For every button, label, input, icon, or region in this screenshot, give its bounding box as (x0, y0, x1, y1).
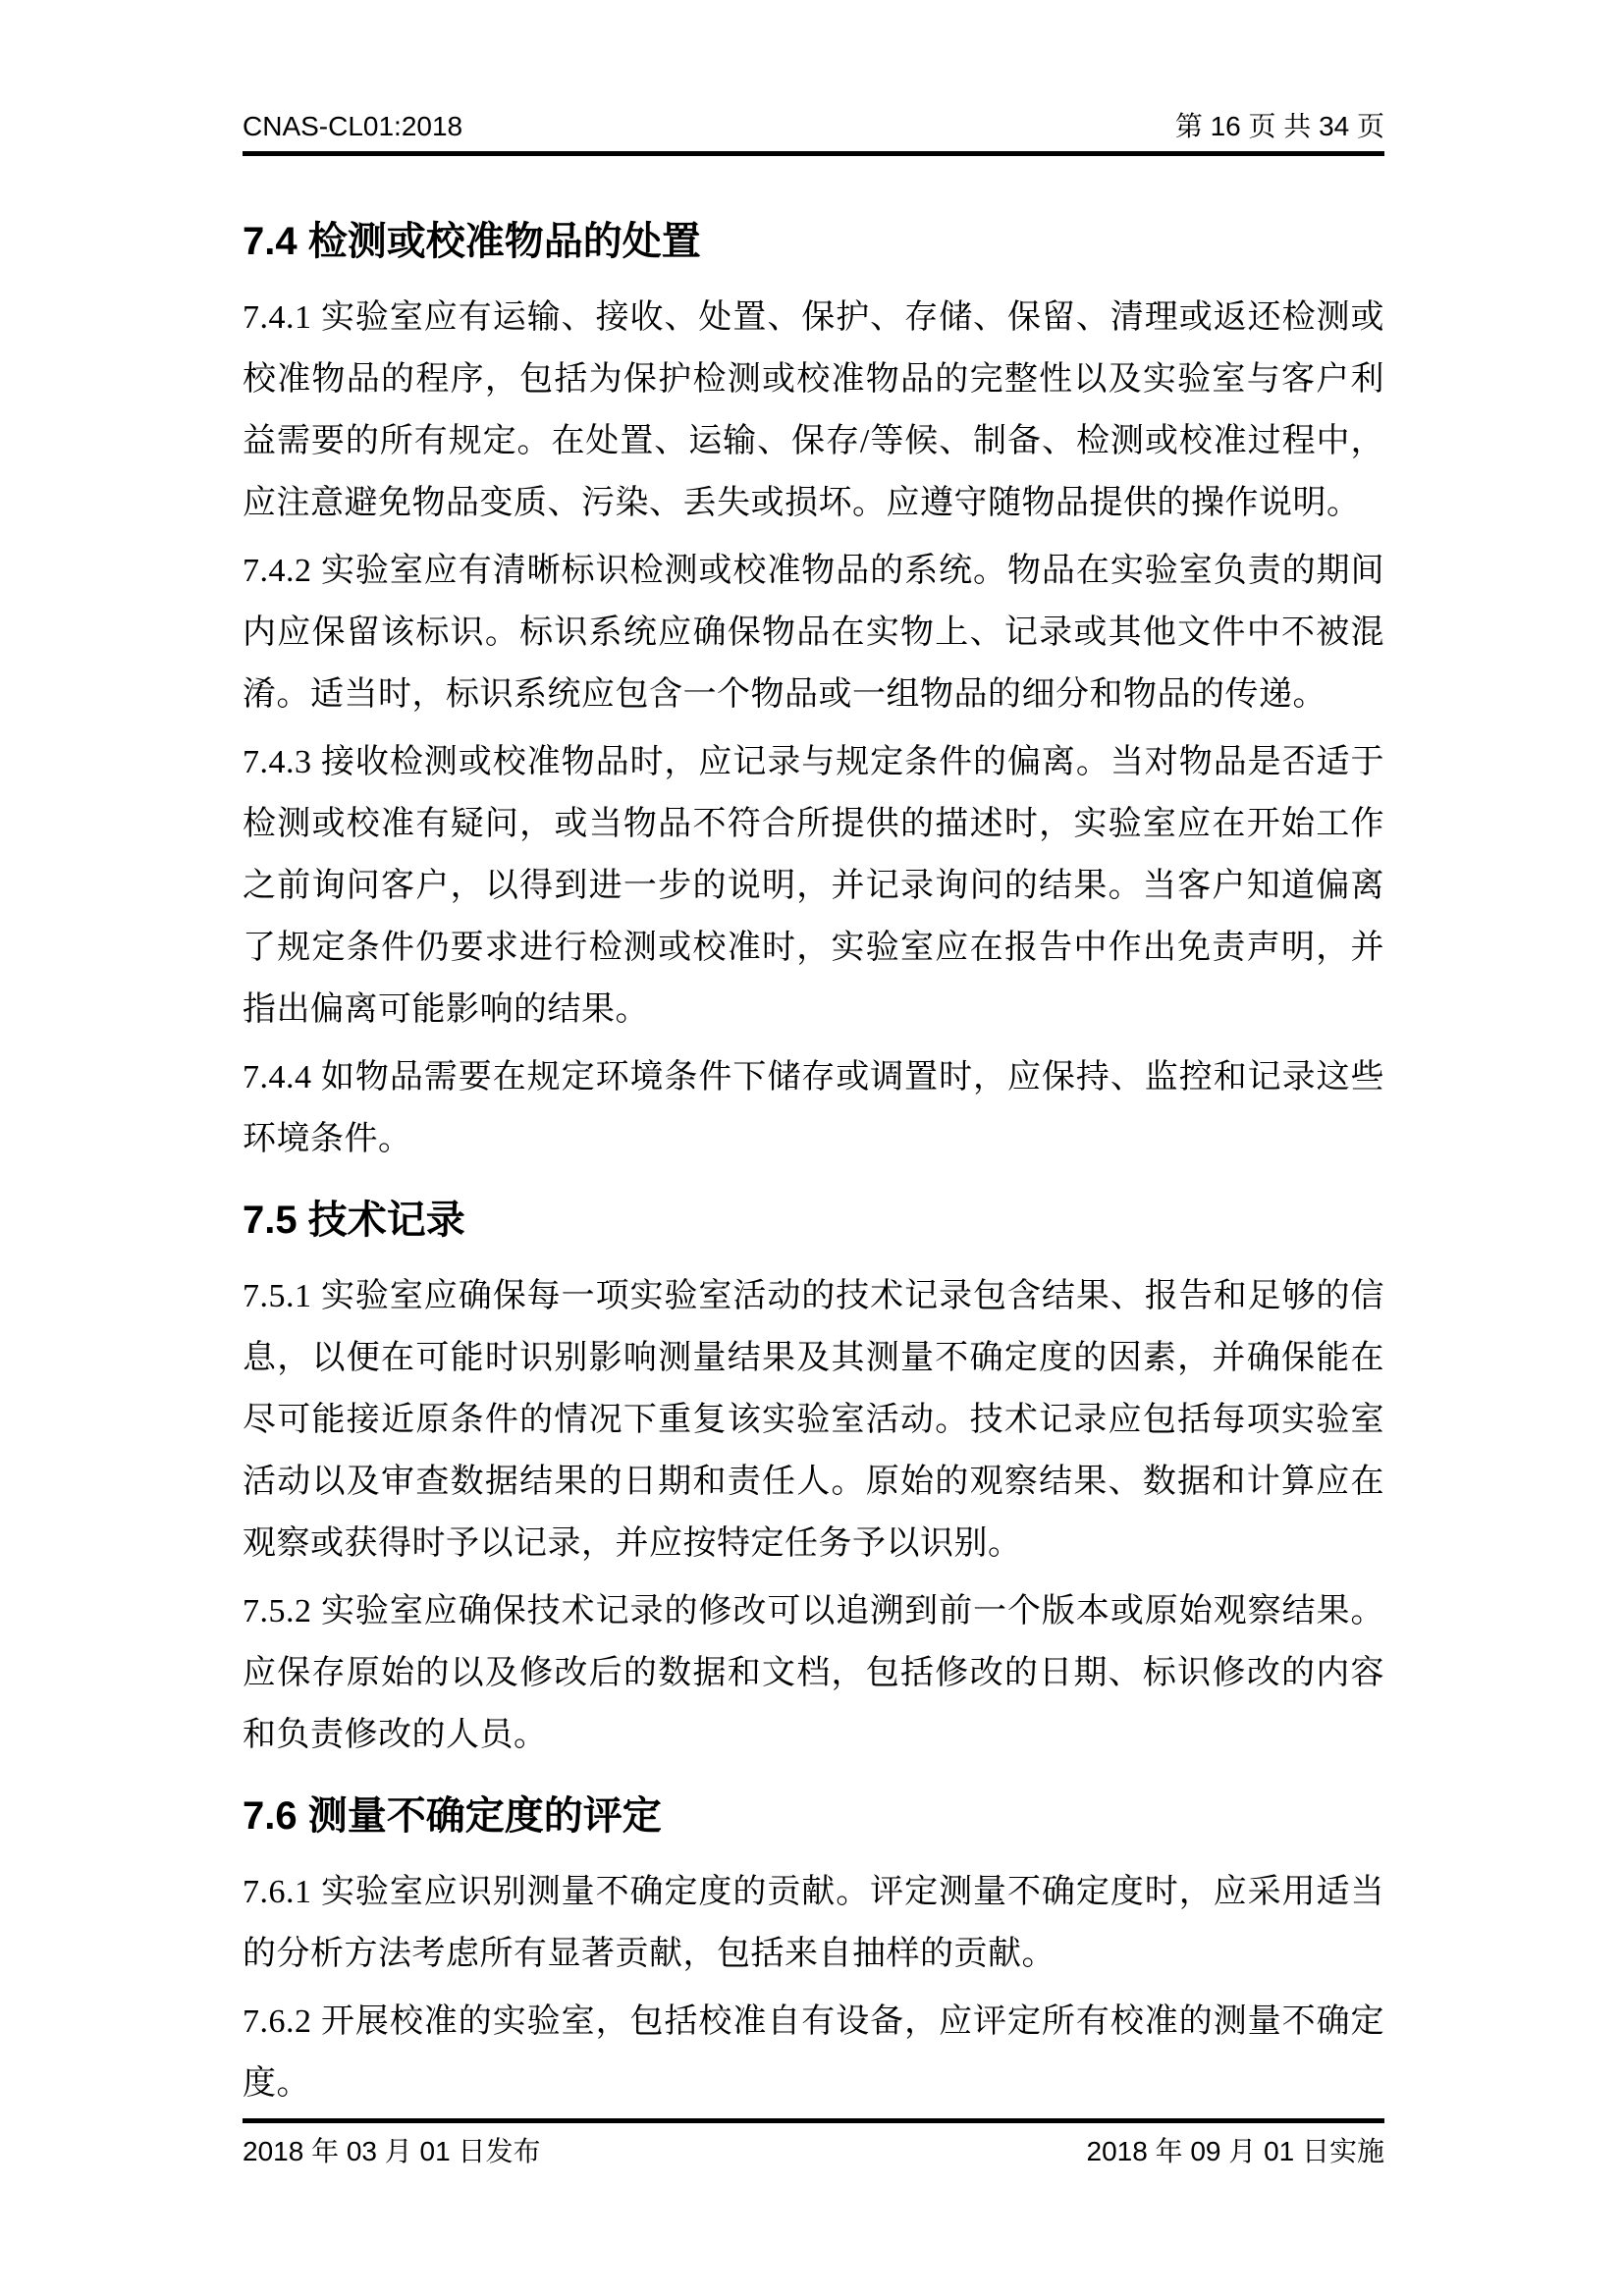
paragraph-7-5-2: 7.5.2 实验室应确保技术记录的修改可以追溯到前一个版本或原始观察结果。应保存… (243, 1580, 1384, 1766)
document-body: 7.4 检测或校准物品的处置 7.4.1 实验室应有运输、接收、处置、保护、存储… (243, 217, 1384, 2114)
section-heading-7-6: 7.6 测量不确定度的评定 (243, 1791, 1384, 1841)
section-heading-7-5: 7.5 技术记录 (243, 1196, 1384, 1245)
page-footer: 2018 年 03 月 01 日发布 2018 年 09 月 01 日实施 (243, 2135, 1384, 2168)
paragraph-7-5-1: 7.5.1 实验室应确保每一项实验室活动的技术记录包含结果、报告和足够的信息，以… (243, 1265, 1384, 1575)
paragraph-7-4-2: 7.4.2 实验室应有清晰标识检测或校准物品的系统。物品在实验室负责的期间内应保… (243, 540, 1384, 725)
release-date-label: 2018 年 03 月 01 日发布 (243, 2135, 540, 2168)
paragraph-7-4-3: 7.4.3 接收检测或校准物品时，应记录与规定条件的偏离。当对物品是否适于检测或… (243, 731, 1384, 1041)
paragraph-7-6-1: 7.6.1 实验室应识别测量不确定度的贡献。评定测量不确定度时，应采用适当的分析… (243, 1861, 1384, 1985)
page-header: CNAS-CL01:2018 第 16 页 共 34 页 (243, 0, 1384, 143)
document-page: CNAS-CL01:2018 第 16 页 共 34 页 7.4 检测或校准物品… (0, 0, 1624, 2296)
paragraph-7-6-2: 7.6.2 开展校准的实验室，包括校准自有设备，应评定所有校准的测量不确定度。 (243, 1991, 1384, 2114)
paragraph-7-4-4: 7.4.4 如物品需要在规定环境条件下储存或调置时，应保持、监控和记录这些环境条… (243, 1046, 1384, 1170)
page-footer-area: 2018 年 03 月 01 日发布 2018 年 09 月 01 日实施 (243, 2118, 1384, 2168)
implement-date-label: 2018 年 09 月 01 日实施 (1087, 2135, 1384, 2168)
paragraph-7-4-1: 7.4.1 实验室应有运输、接收、处置、保护、存储、保留、清理或返还检测或校准物… (243, 287, 1384, 534)
section-heading-7-4: 7.4 检测或校准物品的处置 (243, 217, 1384, 266)
footer-divider (243, 2118, 1384, 2123)
page-number-label: 第 16 页 共 34 页 (1175, 110, 1384, 143)
doc-code-label: CNAS-CL01:2018 (243, 110, 462, 143)
header-divider (243, 151, 1384, 156)
